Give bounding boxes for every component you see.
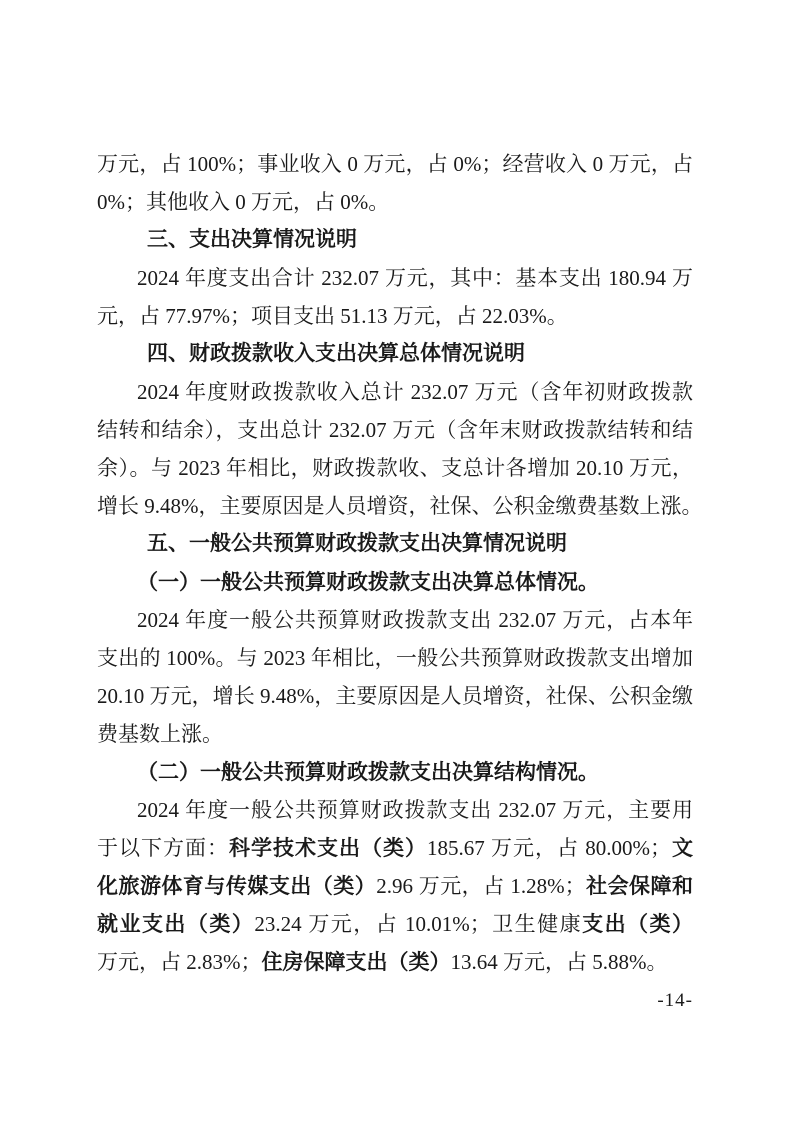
- text-segment: （一）一般公共预算财政拨款支出决算总体情况。: [137, 570, 599, 594]
- text-line: 20.10 万元，增长 9.48%，主要原因是人员增资，社保、公积金缴: [97, 677, 693, 715]
- text-segment: 三、支出决算情况说明: [147, 228, 357, 251]
- text-line: 2024 年度支出合计 232.07 万元，其中：基本支出 180.94 万: [97, 259, 693, 297]
- text-segment: 余）。与 2023 年相比，财政拨款收、支总计各增加 20.10 万元，: [97, 456, 693, 480]
- section-heading: 三、支出决算情况说明: [97, 221, 693, 259]
- text-line: 元，占 77.97%；项目支出 51.13 万元，占 22.03%。: [97, 297, 693, 335]
- text-line: 0%；其他收入 0 万元，占 0%。: [97, 183, 693, 221]
- text-line: 增长 9.48%，主要原因是人员增资，社保、公积金缴费基数上涨。: [97, 487, 693, 525]
- text-segment: 2024 年度一般公共预算财政拨款支出 232.07 万元，主要用: [137, 798, 693, 822]
- text-line: 费基数上涨。: [97, 715, 693, 753]
- emphasized-text: 支出（类）: [582, 913, 693, 936]
- emphasized-text: 社会保障和: [586, 875, 693, 898]
- text-segment: （二）一般公共预算财政拨款支出决算结构情况。: [137, 760, 599, 784]
- text-line: 2024 年度一般公共预算财政拨款支出 232.07 万元，占本年: [97, 601, 693, 639]
- subsection-heading: （二）一般公共预算财政拨款支出决算结构情况。: [97, 753, 693, 791]
- text-line: 支出的 100%。与 2023 年相比，一般公共预算财政拨款支出增加: [97, 639, 693, 677]
- text-line: 结转和结余），支出总计 232.07 万元（含年末财政拨款结转和结: [97, 411, 693, 449]
- text-line: 余）。与 2023 年相比，财政拨款收、支总计各增加 20.10 万元，: [97, 449, 693, 487]
- text-line: 就业支出（类）23.24 万元，占 10.01%；卫生健康支出（类）6.56: [97, 905, 693, 943]
- text-segment: 万元，占 2.83%；: [97, 950, 262, 974]
- text-line: 化旅游体育与传媒支出（类）2.96 万元，占 1.28%；社会保障和: [97, 867, 693, 905]
- text-line: 2024 年度一般公共预算财政拨款支出 232.07 万元，主要用: [97, 791, 693, 829]
- emphasized-text: 化旅游体育与传媒支出（类）: [97, 875, 376, 898]
- page-number: -14-: [657, 988, 693, 1014]
- text-segment: 于以下方面：: [97, 836, 229, 860]
- text-segment: 2024 年度支出合计 232.07 万元，其中：基本支出 180.94 万: [137, 266, 693, 290]
- text-segment: 四、财政拨款收入支出决算总体情况说明: [147, 342, 525, 365]
- subsection-heading: （一）一般公共预算财政拨款支出决算总体情况。: [97, 563, 693, 601]
- text-segment: 2.96 万元，占 1.28%；: [376, 874, 585, 898]
- text-segment: 23.24 万元，占 10.01%；卫生健康: [254, 912, 582, 936]
- text-line: 万元，占 2.83%；住房保障支出（类）13.64 万元，占 5.88%。: [97, 943, 693, 981]
- section-heading: 五、一般公共预算财政拨款支出决算情况说明: [97, 525, 693, 563]
- text-line: 2024 年度财政拨款收入总计 232.07 万元（含年初财政拨款: [97, 373, 693, 411]
- text-segment: 费基数上涨。: [97, 722, 223, 746]
- text-segment: 2024 年度一般公共预算财政拨款支出 232.07 万元，占本年: [137, 608, 693, 632]
- text-segment: 185.67 万元，占 80.00%；: [427, 836, 671, 860]
- text-segment: 20.10 万元，增长 9.48%，主要原因是人员增资，社保、公积金缴: [97, 684, 693, 708]
- text-segment: 2024 年度财政拨款收入总计 232.07 万元（含年初财政拨款: [137, 380, 693, 404]
- text-segment: 增长 9.48%，主要原因是人员增资，社保、公积金缴费基数上涨。: [97, 494, 693, 518]
- emphasized-text: 就业支出（类）: [97, 913, 254, 936]
- document-body: 万元，占 100%；事业收入 0 万元，占 0%；经营收入 0 万元，占0%；其…: [97, 145, 693, 981]
- text-segment: 支出的 100%。与 2023 年相比，一般公共预算财政拨款支出增加: [97, 646, 693, 670]
- text-segment: 元，占 77.97%；项目支出 51.13 万元，占 22.03%。: [97, 304, 568, 328]
- text-segment: 五、一般公共预算财政拨款支出决算情况说明: [147, 532, 567, 555]
- text-segment: 0%；其他收入 0 万元，占 0%。: [97, 190, 389, 214]
- text-line: 于以下方面：科学技术支出（类）185.67 万元，占 80.00%；文: [97, 829, 693, 867]
- document-page: 万元，占 100%；事业收入 0 万元，占 0%；经营收入 0 万元，占0%；其…: [0, 0, 793, 1122]
- text-line: 万元，占 100%；事业收入 0 万元，占 0%；经营收入 0 万元，占: [97, 145, 693, 183]
- emphasized-text: 文: [671, 837, 693, 860]
- text-segment: 结转和结余），支出总计 232.07 万元（含年末财政拨款结转和结: [97, 418, 693, 442]
- emphasized-text: 科学技术支出（类）: [229, 837, 427, 860]
- section-heading: 四、财政拨款收入支出决算总体情况说明: [97, 335, 693, 373]
- text-segment: 13.64 万元，占 5.88%。: [451, 950, 668, 974]
- emphasized-text: 住房保障支出（类）: [262, 951, 451, 974]
- text-segment: 万元，占 100%；事业收入 0 万元，占 0%；经营收入 0 万元，占: [97, 152, 693, 176]
